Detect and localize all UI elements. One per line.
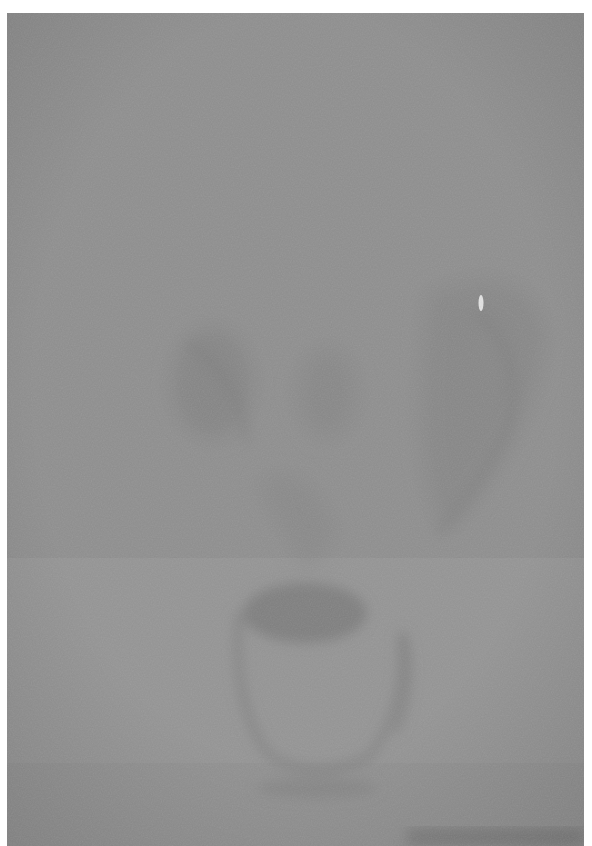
photograph [7, 13, 584, 846]
still-life-scene [7, 13, 584, 846]
